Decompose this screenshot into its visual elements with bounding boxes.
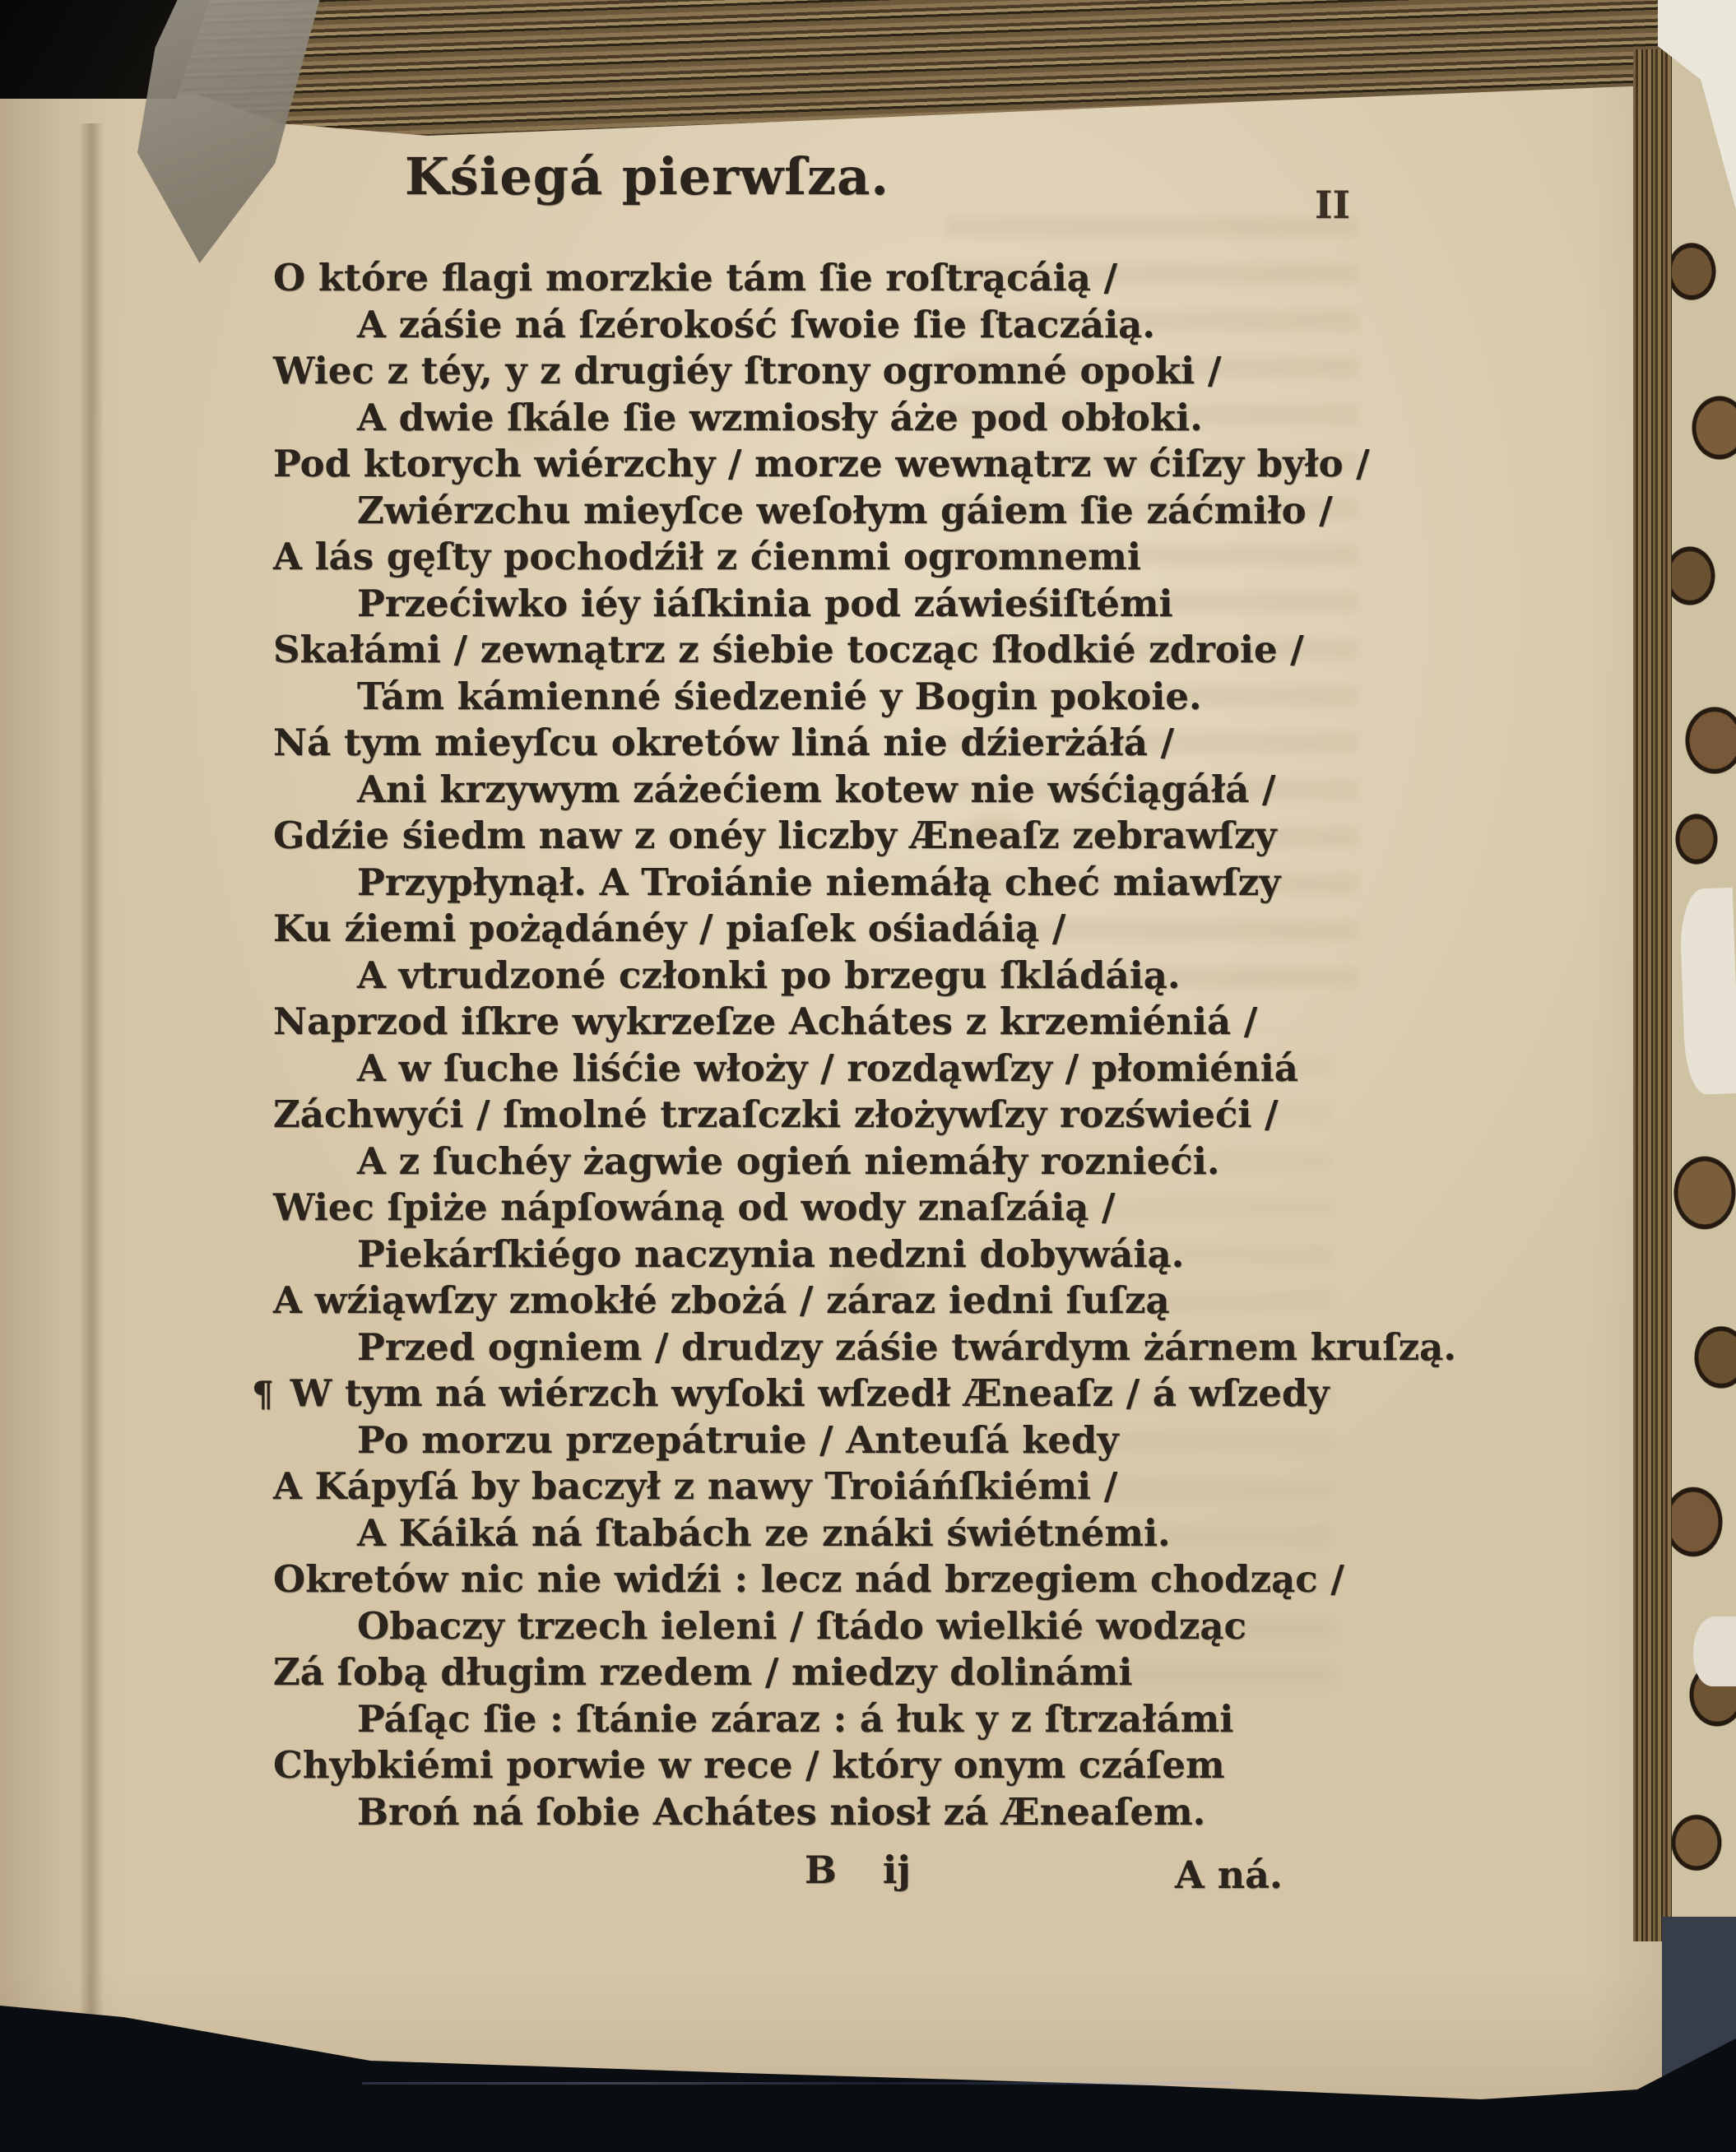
poem-line: Przed ogniem / drudzy záśie twárdym żárn… <box>273 1324 1277 1371</box>
poem-line: A Káiká ná ſtabách ze znáki świétnémi. <box>273 1510 1277 1557</box>
poem-line: Wiec ſpiże nápſowáną od wody znaſzáią / <box>273 1185 1277 1231</box>
signature-letter: B <box>805 1848 837 1892</box>
fore-edge-pages <box>1633 49 1672 1941</box>
poem-line: Obaczy trzech ieleni / ſtádo wielkié wod… <box>273 1603 1277 1650</box>
poem-line: ¶W tym ná wiérzch wyſoki wſzedł Æneaſz /… <box>252 1371 1277 1417</box>
running-header: Kśiegá pierwſza. <box>405 146 889 206</box>
poem-line: Gdźie śiedm naw z onéy liczby Æneaſz zeb… <box>273 813 1277 860</box>
catchword: A ná. <box>1175 1853 1283 1897</box>
poem-line: A z ſuchéy żagwie ogień niemáły roznieći… <box>273 1139 1277 1185</box>
poem-line: Naprzod iſkre wykrzeſze Achátes z krzemi… <box>273 999 1277 1046</box>
book-scan: Kśiegá pierwſza. II O które flagi morzki… <box>0 0 1736 2152</box>
poem-line: Przećiwko iéy iáſkinia pod záwieśiſtémi <box>273 581 1277 628</box>
scanner-artifact-line <box>362 2082 1234 2085</box>
poem-text-block: O które flagi morzkie tám ſie roſtrącáią… <box>273 255 1277 1835</box>
page-number: II <box>1315 183 1350 227</box>
poem-line: Wiec z téy, y z drugiéy ſtrony ogromné o… <box>273 348 1277 395</box>
poem-line: O które flagi morzkie tám ſie roſtrącáią… <box>273 255 1277 302</box>
paragraph-mark-icon: ¶ <box>252 1374 274 1414</box>
poem-line: Ani krzywym záżećiem kotew nie wśćiągáłá… <box>273 767 1277 814</box>
poem-line: Po morzu przepátruie / Anteuſá kedy <box>273 1417 1277 1464</box>
poem-line: Chybkiémi porwie w rece / który onym czá… <box>273 1742 1277 1789</box>
poem-line: A vtrudzoné członki po brzegu ſkládáią. <box>273 953 1277 999</box>
poem-line: A wźiąwſzy zmokłé zbożá / záraz iedni ſu… <box>273 1278 1277 1324</box>
poem-line: Ná tym mieyſcu okretów liná nie dźierżáł… <box>273 720 1277 767</box>
poem-line: Skałámi / zewnątrz z śiebie tocząc ſłodk… <box>273 627 1277 674</box>
gutter-crease <box>79 123 104 2040</box>
poem-line: Przypłynął. A Troiánie niemáłą cheć miaw… <box>273 860 1277 907</box>
worn-paper-chip <box>1693 1616 1736 1686</box>
signature-mark: Bij <box>805 1848 911 1892</box>
poem-line: Páſąc ſie : ſtánie záraz : á łuk y z ſtr… <box>273 1696 1277 1743</box>
poem-line: Zwiérzchu mieyſce weſołym gáiem ſie záćm… <box>273 488 1277 535</box>
poem-line: A dwie ſkále ſie wzmiosły áże pod obłoki… <box>273 395 1277 442</box>
poem-line: Okretów nic nie widźi : lecz nád brzegie… <box>273 1556 1277 1603</box>
poem-line: Záchwyći / ſmolné trzaſczki złożywſzy ro… <box>273 1092 1277 1139</box>
worn-paper-patch <box>1679 888 1736 1095</box>
poem-line: A lás gęſty pochodźił z ćienmi ogromnemi <box>273 534 1277 581</box>
poem-line: Zá ſobą długim rzedem / miedzy dolinámi <box>273 1649 1277 1696</box>
poem-line: Pod ktorych wiérzchy / morze wewnątrz w … <box>273 441 1277 488</box>
poem-line: Tám kámienné śiedzenié y Bogin pokoie. <box>273 674 1277 721</box>
signature-numeral: ij <box>883 1848 911 1892</box>
poem-line: Piekárſkiégo naczynia nedzni dobywáią. <box>273 1231 1277 1278</box>
poem-line: A záśie ná ſzérokość ſwoie ſie ſtaczáią. <box>273 302 1277 349</box>
poem-line: A w ſuche liśćie włoży / rozdąwſzy / pło… <box>273 1046 1277 1092</box>
poem-line: Ku źiemi pożądánéy / piaſek ośiadáią / <box>273 906 1277 953</box>
poem-line: A Kápyſá by baczył z nawy Troiáńſkiémi / <box>273 1463 1277 1510</box>
poem-line-text: W tym ná wiérzch wyſoki wſzedł Æneaſz / … <box>290 1371 1330 1415</box>
poem-line: Broń ná ſobie Achátes niosł zá Æneaſem. <box>273 1789 1277 1836</box>
